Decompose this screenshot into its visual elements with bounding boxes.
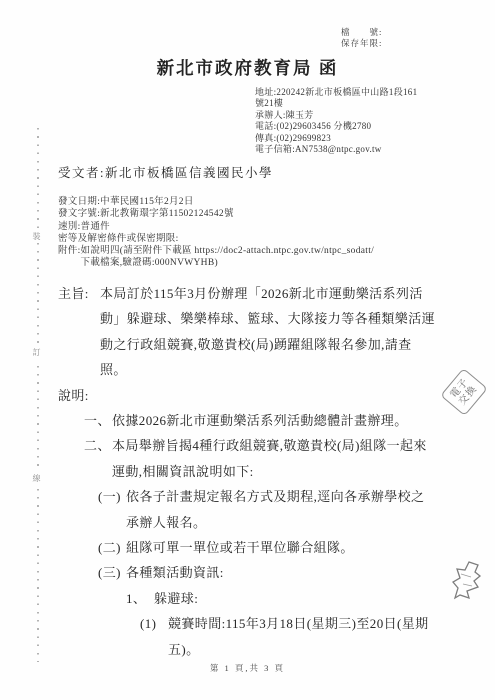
meta-date-value: 中華民國115年2月2日 bbox=[100, 196, 478, 208]
item-number: (三) bbox=[98, 560, 126, 585]
recipient-value: 新北市板橋區信義國民小學 bbox=[105, 166, 273, 180]
meta-security-label: 密等及解密條件或保密期限: bbox=[58, 233, 179, 245]
letter-body: 主旨: 本局訂於115年3月份辦理「2026新北市運動樂活系列活動」躲避球、樂樂… bbox=[58, 281, 435, 662]
item-number: (二) bbox=[98, 535, 126, 560]
meta-date-label: 發文日期: bbox=[58, 196, 100, 208]
item-text: 依各子計畫規定報名方式及期程,逕向各承辦學校之承辦人報名。 bbox=[126, 484, 435, 535]
recipient-line: 受文者:新北市板橋區信義國民小學 bbox=[58, 163, 273, 181]
recipient-label: 受文者: bbox=[58, 166, 105, 180]
meta-row-attachment: 附件: 如說明四(請至附件下載區 https://doc2-attach.ntp… bbox=[58, 245, 478, 270]
item-text: 各種類活動資訊: bbox=[126, 560, 435, 585]
meta-attachment-label: 附件: bbox=[58, 245, 81, 270]
item-text: 依據2026新北市運動樂活系列活動總體計畫辦理。 bbox=[112, 408, 435, 433]
explanation-item-2: 二、 本局舉辦旨揭4種行政組競賽,敬邀貴校(局)組隊一起來運動,相關資訊說明如下… bbox=[58, 433, 435, 484]
sender-contact-person: 承辦人:陳玉芳 bbox=[255, 110, 445, 121]
item-text: 躲避球: bbox=[154, 586, 435, 611]
binding-dotted-line bbox=[37, 128, 39, 662]
meta-docno-value: 新北教衛環字第11502124542號 bbox=[100, 208, 478, 220]
sender-info-block: 地址:220242新北市板橋區中山路1段161 號21樓 承辦人:陳玉芳 電話:… bbox=[255, 87, 445, 155]
item-text: 競賽時間:115年3月18日(星期三)至20日(星期五)。 bbox=[168, 611, 435, 662]
file-number-label: 檔 號: bbox=[341, 27, 382, 38]
meta-row-speed: 速別: 普通件 bbox=[58, 221, 478, 233]
subject-label: 主旨: bbox=[58, 281, 100, 383]
binding-mark-ding: 訂 bbox=[33, 346, 41, 359]
meta-row-date: 發文日期: 中華民國115年2月2日 bbox=[58, 196, 478, 208]
subject-paragraph: 主旨: 本局訂於115年3月份辦理「2026新北市運動樂活系列活動」躲避球、樂樂… bbox=[58, 281, 435, 383]
electronic-exchange-stamp: 電子交換 bbox=[440, 368, 488, 416]
file-number-block: 檔 號: 保存年限: bbox=[341, 27, 382, 48]
activity-item-dodgeball: 1、 躲避球: bbox=[58, 586, 435, 611]
item-text: 本局舉辦旨揭4種行政組競賽,敬邀貴校(局)組隊一起來運動,相關資訊說明如下: bbox=[112, 433, 435, 484]
retention-period-label: 保存年限: bbox=[341, 38, 382, 49]
meta-security-value bbox=[179, 233, 478, 245]
stamp-mark-icon bbox=[451, 560, 485, 617]
activity-detail-time: (1) 競賽時間:115年3月18日(星期三)至20日(星期五)。 bbox=[58, 611, 435, 662]
meta-docno-label: 發文字號: bbox=[58, 208, 100, 220]
explanation-label: 說明: bbox=[58, 383, 435, 408]
meta-speed-label: 速別: bbox=[58, 221, 81, 233]
explanation-subitem-2: (二) 組隊可單一單位或若干單位聯合組隊。 bbox=[58, 535, 435, 560]
document-title: 新北市政府教育局 函 bbox=[0, 55, 495, 80]
sender-address: 地址:220242新北市板橋區中山路1段161 號21樓 bbox=[255, 87, 445, 110]
explanation-subitem-1: (一) 依各子計畫規定報名方式及期程,逕向各承辦學校之承辦人報名。 bbox=[58, 484, 435, 535]
meta-speed-value: 普通件 bbox=[81, 221, 478, 233]
official-letter-page: 檔 號: 保存年限: 新北市政府教育局 函 地址:220242新北市板橋區中山路… bbox=[0, 0, 495, 700]
item-text: 組隊可單一單位或若干單位聯合組隊。 bbox=[126, 535, 435, 560]
item-number: (1) bbox=[140, 611, 168, 662]
page-number-footer: 第 1 頁,共 3 頁 bbox=[0, 662, 495, 674]
sender-phone: 電話:(02)29603456 分機2780 bbox=[255, 121, 445, 132]
document-meta-block: 發文日期: 中華民國115年2月2日 發文字號: 新北教衛環字第11502124… bbox=[58, 196, 478, 270]
explanation-item-1: 一、 依據2026新北市運動樂活系列活動總體計畫辦理。 bbox=[58, 408, 435, 433]
sender-email: 電子信箱:AN7538@ntpc.gov.tw bbox=[255, 144, 445, 155]
meta-row-security: 密等及解密條件或保密期限: bbox=[58, 233, 478, 245]
explanation-subitem-3: (三) 各種類活動資訊: bbox=[58, 560, 435, 585]
binding-mark-zhuang: 裝 bbox=[33, 230, 41, 243]
electronic-exchange-stamp-text: 電子交換 bbox=[449, 377, 480, 408]
item-number: 二、 bbox=[84, 433, 112, 484]
binding-mark-xian: 線 bbox=[33, 472, 41, 485]
item-number: (一) bbox=[98, 484, 126, 535]
item-number: 一、 bbox=[84, 408, 112, 433]
meta-row-docno: 發文字號: 新北教衛環字第11502124542號 bbox=[58, 208, 478, 220]
item-number: 1、 bbox=[126, 586, 154, 611]
sender-fax: 傳真:(02)29699823 bbox=[255, 133, 445, 144]
subject-text: 本局訂於115年3月份辦理「2026新北市運動樂活系列活動」躲避球、樂樂棒球、籃… bbox=[100, 281, 435, 383]
meta-attachment-value: 如說明四(請至附件下載區 https://doc2-attach.ntpc.go… bbox=[81, 245, 478, 270]
